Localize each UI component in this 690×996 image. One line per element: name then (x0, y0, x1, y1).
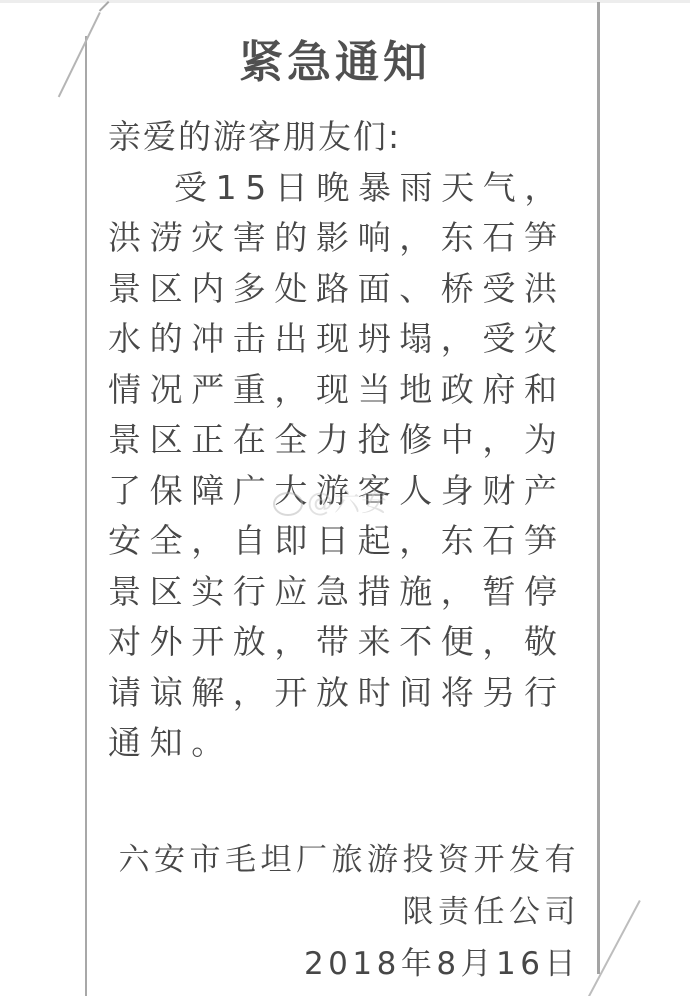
signature-date: 2018年8月16日 (119, 938, 581, 990)
notice-paragraph: 受15日晚暴雨天气，洪涝灾害的影响，东石笋景区内多处路面、桥受洪水的冲击出现坍塌… (108, 163, 588, 769)
signature-org-line1: 六安市毛坦厂旅游投资开发有 (119, 834, 581, 886)
notice-body: 亲爱的游客朋友们: 受15日晚暴雨天气，洪涝灾害的影响，东石笋景区内多处路面、桥… (108, 112, 588, 769)
notice-greeting: 亲爱的游客朋友们: (108, 112, 588, 163)
page-curl-bottom-right (587, 900, 640, 996)
page-right-border (597, 2, 600, 974)
page-left-border (85, 36, 87, 996)
top-strip (0, 0, 690, 3)
signature-org-line2: 限责任公司 (119, 886, 581, 938)
notice-title: 紧急通知 (0, 35, 670, 91)
notice-signature: 六安市毛坦厂旅游投资开发有 限责任公司 2018年8月16日 (119, 834, 581, 990)
